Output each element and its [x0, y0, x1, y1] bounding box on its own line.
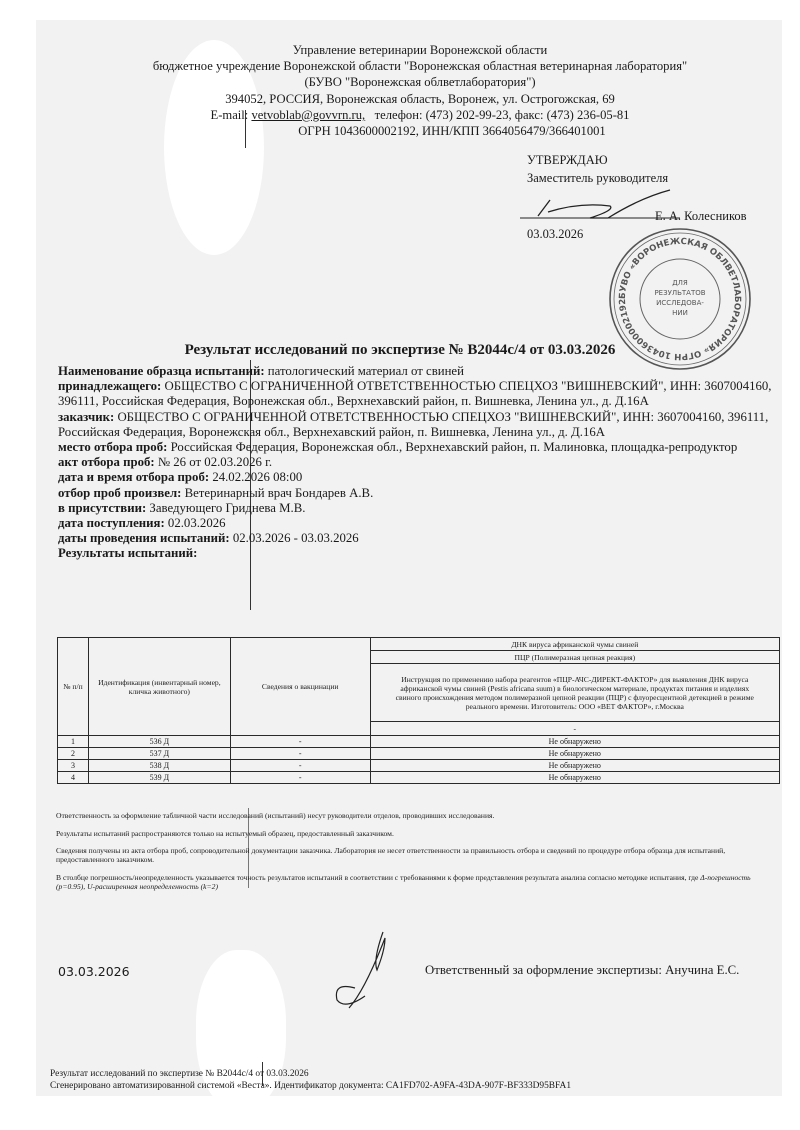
- field-test-dates: даты проведения испытаний: 02.03.2026 - …: [58, 531, 778, 546]
- approval-title: УТВЕРЖДАЮ: [527, 153, 608, 168]
- document-title: Результат исследований по экспертизе № В…: [0, 342, 800, 359]
- email-label: E-mail:: [211, 108, 249, 122]
- org-address: 394052, РОССИЯ, Воронежская область, Вор…: [60, 91, 780, 107]
- org-contacts: E-mail: vetvoblab@govvrn.ru, телефон: (4…: [60, 107, 780, 123]
- approval-date: 03.03.2026: [527, 227, 583, 242]
- stamp-center-line: НИИ: [672, 309, 688, 317]
- field-sample-name: Наименование образца испытаний: патологи…: [58, 364, 778, 379]
- org-registration: ОГРН 1043600002192, ИНН/КПП 3664056479/3…: [92, 123, 800, 139]
- table-row: 1 536 Д - Не обнаружено: [58, 736, 780, 748]
- org-name: бюджетное учреждение Воронежской области…: [60, 58, 780, 74]
- phone-fax: телефон: (473) 202-99-23, факс: (473) 23…: [375, 108, 630, 122]
- field-in-presence: в присутствии: Заведующего Гриднева М.В.: [58, 501, 778, 516]
- approval-position: Заместитель руководителя: [527, 171, 668, 186]
- header-indicator: ДНК вируса африканской чумы свиней: [370, 638, 779, 651]
- responsible-signature-icon: [325, 930, 415, 1010]
- field-sampling-datetime: дата и время отбора проб: 24.02.2026 08:…: [58, 470, 778, 485]
- field-sampling-place: место отбора проб: Российская Федерация,…: [58, 440, 778, 455]
- signature-date: 03.03.2026: [58, 964, 130, 979]
- org-short-name: (БУВО "Воронежская облветлаборатория"): [60, 74, 780, 90]
- field-sampled-by: отбор проб произвел: Ветеринарный врач Б…: [58, 486, 778, 501]
- table-row: 2 537 Д - Не обнаружено: [58, 748, 780, 760]
- note-uncertainty: В столбце погрешность/неопределенность у…: [56, 873, 780, 891]
- results-table: № п/п Идентификация (инвентарный номер, …: [57, 637, 780, 784]
- stamp-center-line: РЕЗУЛЬТАТОВ: [654, 289, 705, 297]
- note-sampling-info: Сведения получены из акта отбора проб, с…: [56, 846, 780, 864]
- document-footer: Результат исследований по экспертизе № В…: [50, 1068, 571, 1092]
- footer-generated-by: Сгенерировано автоматизированной системо…: [50, 1080, 571, 1092]
- header-unit: -: [370, 722, 779, 736]
- table-row: 3 538 Д - Не обнаружено: [58, 760, 780, 772]
- header-vaccination: Сведения о вакцинации: [230, 638, 370, 736]
- header-num: № п/п: [58, 638, 89, 736]
- sample-details: Наименование образца испытаний: патологи…: [58, 364, 778, 562]
- field-received-date: дата поступления: 02.03.2026: [58, 516, 778, 531]
- stamp-center-line: ДЛЯ: [672, 279, 688, 287]
- note-scope: Результаты испытаний распространяются то…: [56, 829, 780, 838]
- field-owner: принадлежащего: ОБЩЕСТВО С ОГРАНИЧЕННОЙ …: [58, 379, 778, 409]
- note-responsibility: Ответственность за оформление табличной …: [56, 811, 780, 820]
- notes: Ответственность за оформление табличной …: [56, 811, 780, 899]
- header-identification: Идентификация (инвентарный номер, кличка…: [88, 638, 230, 736]
- table-row: 4 539 Д - Не обнаружено: [58, 772, 780, 784]
- stamp-center-line: ИССЛЕДОВА-: [656, 299, 704, 307]
- approval-name: Е. А. Колесников: [655, 209, 747, 224]
- field-sampling-act: акт отбора проб: № 26 от 02.03.2026 г.: [58, 455, 778, 470]
- email-link[interactable]: vetvoblab@govvrn.ru,: [251, 108, 365, 122]
- org-parent: Управление ветеринарии Воронежской облас…: [60, 42, 780, 58]
- header-instruction: Инструкция по применению набора реагенто…: [370, 664, 779, 722]
- field-customer: заказчик: ОБЩЕСТВО С ОГРАНИЧЕННОЙ ОТВЕТС…: [58, 410, 778, 440]
- responsible-person: Ответственный за оформление экспертизы: …: [425, 963, 739, 978]
- footer-reference: Результат исследований по экспертизе № В…: [50, 1068, 571, 1080]
- field-results-heading: Результаты испытаний:: [58, 546, 778, 561]
- header-method: ПЦР (Полимеразная цепная реакция): [370, 651, 779, 664]
